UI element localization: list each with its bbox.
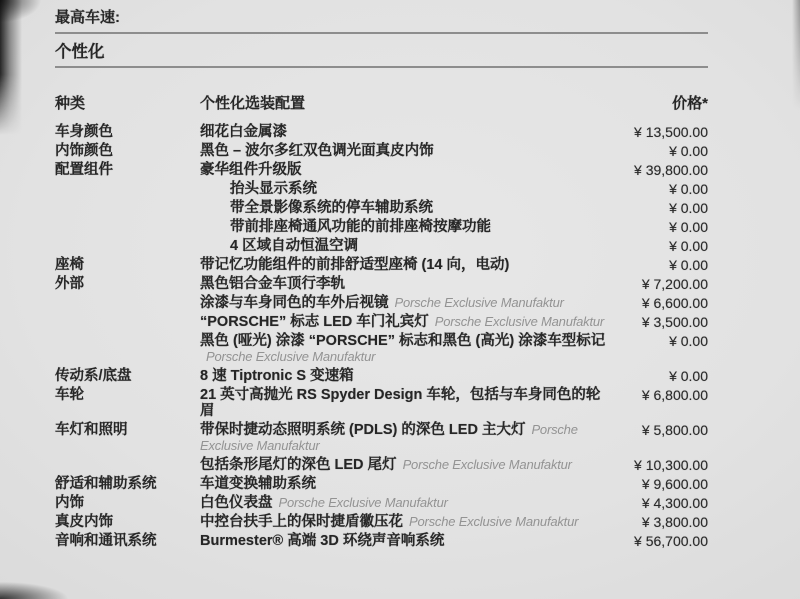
row-price: ¥ 0.00 [610, 238, 708, 254]
row-price: ¥ 10,300.00 [610, 457, 708, 473]
table-row: 4 区域自动恒温空调 ¥ 0.00 [55, 238, 708, 254]
row-option-text: 白色仪表盘 [200, 495, 273, 511]
row-option: 8 速 Tiptronic S 变速箱 [200, 368, 610, 384]
row-price: ¥ 0.00 [610, 219, 708, 235]
column-header-category: 种类 [55, 94, 200, 113]
row-option: 中控台扶手上的保时捷盾徽压花Porsche Exclusive Manufakt… [200, 514, 610, 530]
row-option: 细花白金属漆 [200, 124, 610, 140]
row-option: 黑色 (哑光) 涂漆 “PORSCHE” 标志和黑色 (高光) 涂漆车型标记Po… [200, 333, 610, 365]
row-category [55, 314, 200, 330]
row-option-text: Burmester® 高端 3D 环绕声音响系统 [200, 533, 444, 549]
table-row: 外部 黑色铝合金车顶行李轨 ¥ 7,200.00 [55, 276, 708, 292]
table-row: 舒适和辅助系统 车道变换辅助系统 ¥ 9,600.00 [55, 476, 708, 492]
row-option-text: 车道变换辅助系统 [200, 476, 316, 492]
table-row: 传动系/底盘 8 速 Tiptronic S 变速箱 ¥ 0.00 [55, 368, 708, 384]
row-price: ¥ 13,500.00 [610, 124, 708, 140]
table-row: “PORSCHE” 标志 LED 车门礼宾灯Porsche Exclusive … [55, 314, 708, 330]
exclusive-manufaktur-badge: Porsche Exclusive Manufaktur [409, 514, 578, 529]
row-option: 涂漆与车身同色的车外后视镜Porsche Exclusive Manufaktu… [200, 295, 610, 311]
row-option-text: 4 区域自动恒温空调 [230, 238, 358, 254]
row-option-text: 带保时捷动态照明系统 (PDLS) 的深色 LED 主大灯 [200, 422, 525, 438]
row-option: 带全景影像系统的停车辅助系统 [200, 200, 610, 216]
section-divider-bottom [55, 66, 708, 68]
row-price: ¥ 0.00 [610, 181, 708, 197]
row-option: 带保时捷动态照明系统 (PDLS) 的深色 LED 主大灯Porsche Exc… [200, 422, 610, 454]
row-price: ¥ 5,800.00 [610, 422, 708, 454]
row-option: 白色仪表盘Porsche Exclusive Manufaktur [200, 495, 610, 511]
row-option-text: “PORSCHE” 标志 LED 车门礼宾灯 [200, 314, 429, 330]
row-option-text: 包括条形尾灯的深色 LED 尾灯 [200, 457, 397, 473]
row-category [55, 181, 200, 197]
document-photo: 最高车速: 个性化 种类 个性化选装配置 价格* 车身颜色 细花白金属漆 ¥ 1… [0, 0, 800, 599]
row-category: 车身颜色 [55, 124, 200, 140]
spec-document: 最高车速: 个性化 种类 个性化选装配置 价格* 车身颜色 细花白金属漆 ¥ 1… [55, 8, 708, 552]
row-option: 抬头显示系统 [200, 181, 610, 197]
table-row: 真皮内饰 中控台扶手上的保时捷盾徽压花Porsche Exclusive Man… [55, 514, 708, 530]
row-option: Burmester® 高端 3D 环绕声音响系统 [200, 533, 610, 549]
row-price: ¥ 3,500.00 [610, 314, 708, 330]
row-category: 车轮 [55, 387, 200, 419]
exclusive-manufaktur-badge: Porsche Exclusive Manufaktur [435, 314, 604, 329]
table-row: 车身颜色 细花白金属漆 ¥ 13,500.00 [55, 124, 708, 140]
row-option-text: 21 英寸高抛光 RS Spyder Design 车轮，包括与车身同色的轮眉 [200, 387, 600, 419]
row-category [55, 219, 200, 235]
column-header-price: 价格* [610, 94, 708, 113]
row-category: 真皮内饰 [55, 514, 200, 530]
row-price: ¥ 0.00 [610, 368, 708, 384]
row-category: 舒适和辅助系统 [55, 476, 200, 492]
row-category: 内饰 [55, 495, 200, 511]
row-category: 外部 [55, 276, 200, 292]
table-row: 抬头显示系统 ¥ 0.00 [55, 181, 708, 197]
row-category: 配置组件 [55, 162, 200, 178]
photo-shadow-right-top [792, 0, 800, 110]
table-row: 带前排座椅通风功能的前排座椅按摩功能 ¥ 0.00 [55, 219, 708, 235]
row-category [55, 238, 200, 254]
exclusive-manufaktur-badge: Porsche Exclusive Manufaktur [206, 349, 375, 364]
row-category: 座椅 [55, 257, 200, 273]
row-option: 黑色铝合金车顶行李轨 [200, 276, 610, 292]
exclusive-manufaktur-badge: Porsche Exclusive Manufaktur [403, 457, 572, 472]
row-price: ¥ 6,600.00 [610, 295, 708, 311]
row-option: 带前排座椅通风功能的前排座椅按摩功能 [200, 219, 610, 235]
row-price: ¥ 6,800.00 [610, 387, 708, 419]
row-option: 豪华组件升级版 [200, 162, 610, 178]
exclusive-manufaktur-badge: Porsche Exclusive Manufaktur [279, 495, 448, 510]
row-category: 内饰颜色 [55, 143, 200, 159]
table-row: 音响和通讯系统 Burmester® 高端 3D 环绕声音响系统 ¥ 56,70… [55, 533, 708, 549]
row-option: 4 区域自动恒温空调 [200, 238, 610, 254]
row-option-text: 带全景影像系统的停车辅助系统 [230, 200, 433, 216]
row-category [55, 295, 200, 311]
row-price: ¥ 4,300.00 [610, 495, 708, 511]
photo-shadow-corner-top-left [0, 0, 60, 40]
table-row: 黑色 (哑光) 涂漆 “PORSCHE” 标志和黑色 (高光) 涂漆车型标记Po… [55, 333, 708, 365]
section-title: 个性化 [55, 41, 708, 63]
row-price: ¥ 0.00 [610, 333, 708, 365]
row-category [55, 333, 200, 365]
table-row: 带全景影像系统的停车辅助系统 ¥ 0.00 [55, 200, 708, 216]
row-option: 黑色 – 波尔多红双色调光面真皮内饰 [200, 143, 610, 159]
row-option-text: 带前排座椅通风功能的前排座椅按摩功能 [230, 219, 491, 235]
row-option: 21 英寸高抛光 RS Spyder Design 车轮，包括与车身同色的轮眉 [200, 387, 610, 419]
table-row: 车轮 21 英寸高抛光 RS Spyder Design 车轮，包括与车身同色的… [55, 387, 708, 419]
option-table: 车身颜色 细花白金属漆 ¥ 13,500.00 内饰颜色 黑色 – 波尔多红双色… [55, 124, 708, 549]
row-price: ¥ 7,200.00 [610, 276, 708, 292]
row-option-text: 中控台扶手上的保时捷盾徽压花 [200, 514, 403, 530]
row-option: 车道变换辅助系统 [200, 476, 610, 492]
row-option-text: 涂漆与车身同色的车外后视镜 [200, 295, 389, 311]
row-option-text: 黑色 – 波尔多红双色调光面真皮内饰 [200, 143, 434, 159]
row-option-text: 抬头显示系统 [230, 181, 317, 197]
table-row: 内饰 白色仪表盘Porsche Exclusive Manufaktur ¥ 4… [55, 495, 708, 511]
row-category [55, 457, 200, 473]
table-row: 内饰颜色 黑色 – 波尔多红双色调光面真皮内饰 ¥ 0.00 [55, 143, 708, 159]
row-option-text: 8 速 Tiptronic S 变速箱 [200, 368, 354, 384]
row-option-text: 带记忆功能组件的前排舒适型座椅 (14 向，电动) [200, 257, 509, 273]
column-header-option: 个性化选装配置 [200, 94, 610, 113]
table-header-row: 种类 个性化选装配置 价格* [55, 94, 708, 113]
row-price: ¥ 0.00 [610, 143, 708, 159]
table-row: 座椅 带记忆功能组件的前排舒适型座椅 (14 向，电动) ¥ 0.00 [55, 257, 708, 273]
max-speed-label: 最高车速: [55, 8, 708, 27]
photo-shadow-bottom-left [0, 569, 110, 599]
row-price: ¥ 3,800.00 [610, 514, 708, 530]
row-price: ¥ 9,600.00 [610, 476, 708, 492]
table-row: 车灯和照明 带保时捷动态照明系统 (PDLS) 的深色 LED 主大灯Porsc… [55, 422, 708, 454]
table-row: 涂漆与车身同色的车外后视镜Porsche Exclusive Manufaktu… [55, 295, 708, 311]
row-option: 带记忆功能组件的前排舒适型座椅 (14 向，电动) [200, 257, 610, 273]
table-row: 包括条形尾灯的深色 LED 尾灯Porsche Exclusive Manufa… [55, 457, 708, 473]
row-price: ¥ 0.00 [610, 257, 708, 273]
row-option-text: 黑色 (哑光) 涂漆 “PORSCHE” 标志和黑色 (高光) 涂漆车型标记 [200, 333, 605, 349]
exclusive-manufaktur-badge: Porsche Exclusive Manufaktur [395, 295, 564, 310]
row-option: “PORSCHE” 标志 LED 车门礼宾灯Porsche Exclusive … [200, 314, 610, 330]
row-category: 音响和通讯系统 [55, 533, 200, 549]
section-divider-top [55, 32, 708, 34]
row-category [55, 200, 200, 216]
row-price: ¥ 56,700.00 [610, 533, 708, 549]
row-category: 传动系/底盘 [55, 368, 200, 384]
row-category: 车灯和照明 [55, 422, 200, 454]
row-option-text: 豪华组件升级版 [200, 162, 302, 178]
table-row: 配置组件 豪华组件升级版 ¥ 39,800.00 [55, 162, 708, 178]
row-price: ¥ 39,800.00 [610, 162, 708, 178]
row-option-text: 黑色铝合金车顶行李轨 [200, 276, 345, 292]
photo-shadow-left-top [0, 0, 22, 135]
row-option-text: 细花白金属漆 [200, 124, 287, 140]
row-option: 包括条形尾灯的深色 LED 尾灯Porsche Exclusive Manufa… [200, 457, 610, 473]
row-price: ¥ 0.00 [610, 200, 708, 216]
